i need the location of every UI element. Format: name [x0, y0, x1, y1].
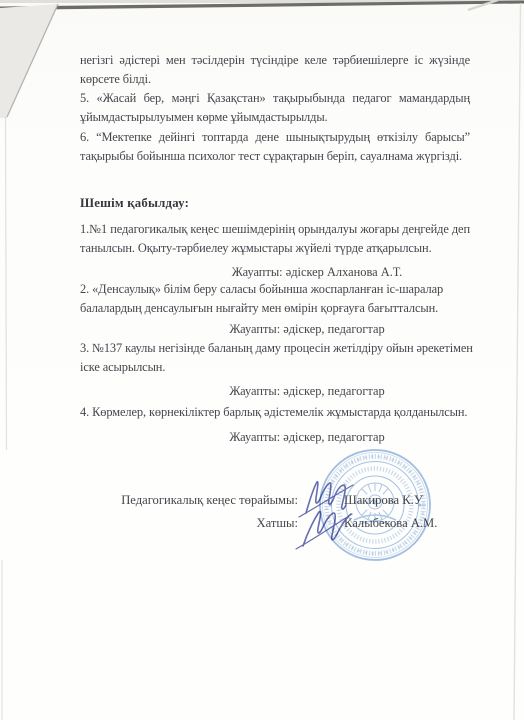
responsible-line-1: Жауапты: әдіскер Алханова А.Т. [122, 263, 512, 282]
text-line: балалардың денсаулығын нығайту мен өмірі… [80, 299, 470, 318]
document-body: негізгі әдістері мен тәсілдерін түсіндір… [80, 0, 470, 720]
responsible-line-4: Жауапты: әдіскер, педагогтар [112, 428, 502, 447]
text-line: 2. «Денсаулық» білім беру саласы бойынша… [80, 280, 470, 299]
text-line: 5. «Жасай бер, мәңгі Қазақстан» тақырыбы… [80, 89, 470, 108]
text-line: тақырыбы бойынша психолог тест сұрақтары… [80, 147, 470, 166]
signature-label: Хатшы: [80, 514, 298, 533]
text-line: негізгі әдістері мен тәсілдерін түсіндір… [80, 51, 470, 70]
signature-name: Калыбекова А.М. [344, 514, 437, 533]
text-line: іске асырылсын. [80, 358, 470, 377]
signature-row-secretary: Хатшы: Калыбекова А.М. [80, 514, 480, 533]
page-left-edge-line [6, 117, 7, 450]
signature-row-chairwoman: Педагогикалық кеңес төрайымы: Шакирова К… [80, 491, 480, 510]
paragraph-continuation: негізгі әдістері мен тәсілдерін түсіндір… [80, 51, 470, 88]
folded-corner-edge [7, 4, 58, 117]
responsible-line-3: Жауапты: әдіскер, педагогтар [112, 382, 502, 401]
top-right-notch [468, 0, 498, 10]
text-line: 1.№1 педагогикалық кеңес шешімдерінің ор… [80, 220, 470, 239]
text-line: 6. “Мектепке дейінгі топтарда дене шынық… [80, 128, 470, 147]
decisions-heading: Шешім қабылдау: [80, 194, 470, 213]
signature-label: Педагогикалық кеңес төрайымы: [80, 491, 298, 510]
folded-corner-area [0, 4, 58, 118]
responsible-line-2: Жауапты: әдіскер, педагогтар [112, 320, 502, 339]
text-line: танылсын. Оқыту-тәрбиелеу жұмыстары жүйе… [80, 239, 470, 258]
paragraph-item-6: 6. “Мектепке дейінгі топтарда дене шынық… [80, 128, 470, 165]
text-line: 3. №137 каулы негізінде баланың даму про… [80, 339, 470, 358]
scanned-document-page: негізгі әдістері мен тәсілдерін түсіндір… [0, 0, 524, 720]
paragraph-item-5: 5. «Жасай бер, мәңгі Қазақстан» тақырыбы… [80, 89, 470, 126]
text-line: 4. Көрмелер, көрнекіліктер барлық әдісте… [80, 403, 470, 422]
decision-1: 1.№1 педагогикалық кеңес шешімдерінің ор… [80, 220, 470, 257]
text-line: ұйымдастырылуымен көрме ұйымдастырылды. [80, 108, 470, 127]
decision-4: 4. Көрмелер, көрнекіліктер барлық әдісте… [80, 403, 470, 422]
text-line: көрсете білді. [80, 70, 470, 89]
decision-3: 3. №137 каулы негізінде баланың даму про… [80, 339, 470, 376]
decision-2: 2. «Денсаулық» білім беру саласы бойынша… [80, 280, 470, 317]
signature-name: Шакирова К.У [344, 491, 423, 510]
page-right-edge-line [514, 3, 521, 720]
